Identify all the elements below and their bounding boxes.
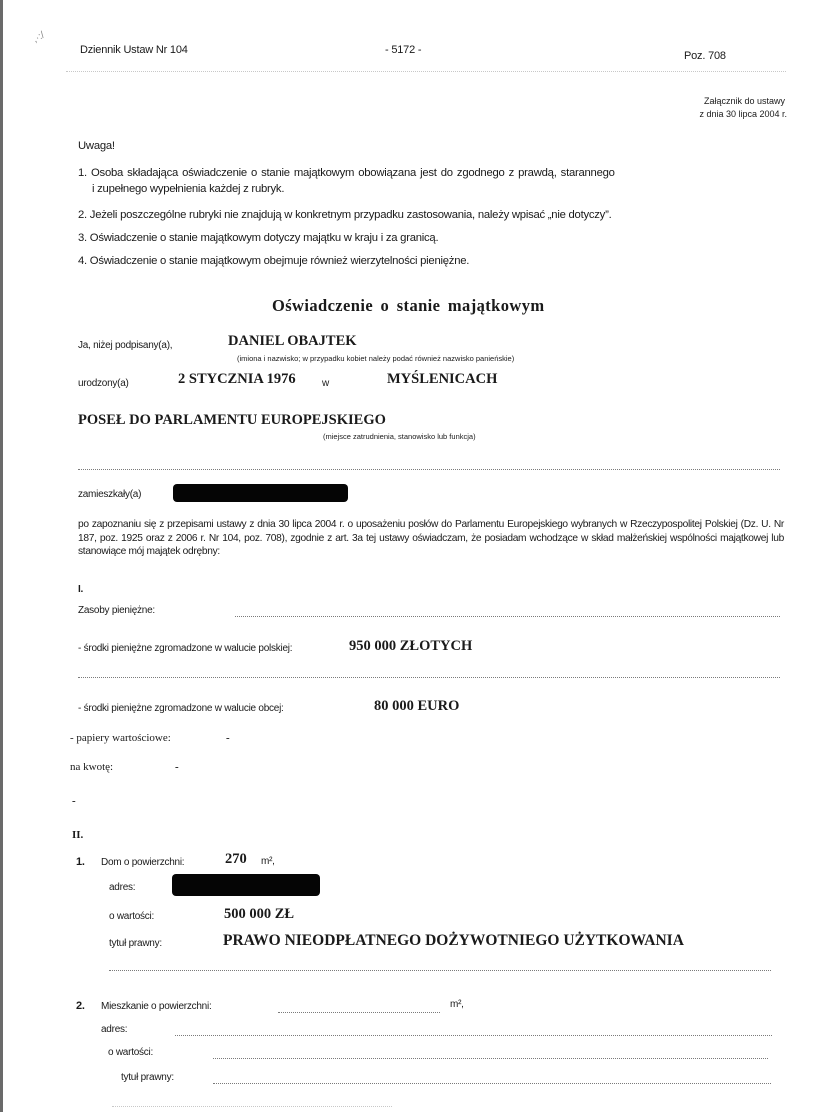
flat-area-line[interactable] xyxy=(278,1011,440,1013)
note-item-2: 2. Jeżeli poszczególne rubryki nie znajd… xyxy=(78,209,611,221)
pln-value[interactable]: 950 000 ZŁOTYCH xyxy=(349,638,472,655)
occupation-continuation-line xyxy=(78,468,780,470)
flat-continuation-line xyxy=(112,1105,392,1107)
journal-title: Dziennik Ustaw Nr 104 xyxy=(80,44,188,56)
flat-area-unit: m², xyxy=(450,999,464,1010)
flat-address-label: adres: xyxy=(101,1024,127,1035)
flat-value-label: o wartości: xyxy=(108,1047,153,1058)
cash-label: Zasoby pieniężne: xyxy=(78,605,155,616)
flat-title-line[interactable] xyxy=(213,1082,771,1084)
name-hint: (imiona i nazwisko; w przypadku kobiet n… xyxy=(237,354,514,363)
handwritten-mark: ,·:/ xyxy=(31,30,47,45)
note-item-3: 3. Oświadczenie o stanie majątkowym doty… xyxy=(78,232,438,244)
house-title-label: tytuł prawny: xyxy=(109,938,162,949)
declarant-name[interactable]: DANIEL OBAJTEK xyxy=(228,333,357,350)
flat-address-line[interactable] xyxy=(175,1034,772,1036)
flat-value-line[interactable] xyxy=(213,1057,768,1059)
flat-area-label: Mieszkanie o powierzchni: xyxy=(101,1001,211,1012)
house-area-unit: m², xyxy=(261,856,275,867)
birth-place[interactable]: MYŚLENICACH xyxy=(387,371,497,388)
flat-number: 2. xyxy=(76,1000,85,1012)
birth-date[interactable]: 2 STYCZNIA 1976 xyxy=(178,371,296,388)
foreign-value[interactable]: 80 000 EURO xyxy=(374,698,459,715)
extra-value[interactable]: - xyxy=(72,795,76,807)
pln-label: - środki pieniężne zgromadzone w walucie… xyxy=(78,643,292,654)
in-label: w xyxy=(322,378,329,389)
securities-value[interactable]: - xyxy=(226,732,230,744)
house-area-label: Dom o powierzchni: xyxy=(101,857,184,868)
page-number: - 5172 - xyxy=(385,44,421,56)
foreign-label: - środki pieniężne zgromadzone w walucie… xyxy=(78,703,284,714)
signed-label: Ja, niżej podpisany(a), xyxy=(78,340,172,351)
flat-title-label: tytuł prawny: xyxy=(121,1072,174,1083)
page-left-edge xyxy=(0,0,3,1112)
house-number: 1. xyxy=(76,856,85,868)
house-title-continuation-line xyxy=(109,969,771,971)
declaration-text: po zapoznaniu się z przepisami ustawy z … xyxy=(78,518,784,559)
occupation[interactable]: POSEŁ DO PARLAMENTU EUROPEJSKIEGO xyxy=(78,412,386,429)
amount-label: na kwotę: xyxy=(70,761,113,773)
amount-value[interactable]: - xyxy=(175,761,179,773)
house-address-label: adres: xyxy=(109,882,135,893)
house-address-redacted xyxy=(172,874,320,896)
note-item-4: 4. Oświadczenie o stanie majątkowym obej… xyxy=(78,255,469,267)
pln-continuation-line xyxy=(78,676,780,678)
annex-line-2: z dnia 30 lipca 2004 r. xyxy=(699,109,787,119)
occupation-hint: (miejsce zatrudnienia, stanowisko lub fu… xyxy=(323,432,476,441)
securities-label: - papiery wartościowe: xyxy=(70,732,171,744)
residence-redacted xyxy=(173,484,348,502)
cash-line xyxy=(235,615,780,617)
born-label: urodzony(a) xyxy=(78,378,129,389)
house-area-value[interactable]: 270 xyxy=(225,851,247,868)
form-title: Oświadczenie o stanie majątkowym xyxy=(272,296,544,316)
annex-line-1: Załącznik do ustawy xyxy=(704,96,785,106)
note-item-1: 1. Osoba składająca oświadczenie o stani… xyxy=(78,167,615,179)
notes-heading: Uwaga! xyxy=(78,140,115,152)
header-rule xyxy=(66,70,786,72)
house-value[interactable]: 500 000 ZŁ xyxy=(224,906,294,923)
note-item-1-cont: i zupełnego wypełnienia każdej z rubryk. xyxy=(92,183,284,195)
residence-label: zamieszkały(a) xyxy=(78,489,141,500)
house-title-value[interactable]: PRAWO NIEODPŁATNEGO DOŻYWOTNIEGO UŻYTKOW… xyxy=(223,932,684,950)
section-2-numeral: II. xyxy=(72,829,83,841)
house-value-label: o wartości: xyxy=(109,911,154,922)
position-number: Poz. 708 xyxy=(684,50,726,62)
section-1-numeral: I. xyxy=(78,584,83,595)
